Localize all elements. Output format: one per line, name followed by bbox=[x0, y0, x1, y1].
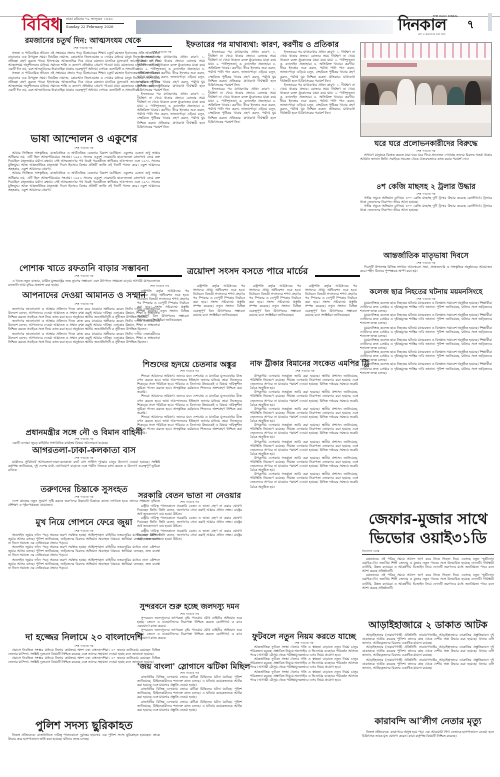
headline-ghore: ঘরে ঘরে প্রলোভনকারীদের বিরুদ্ধে bbox=[360, 140, 492, 148]
headline-trawler: ৪শ কেজি মাছসহ ২ ট্রলার উদ্ধার bbox=[360, 183, 492, 191]
photo-banner bbox=[361, 43, 491, 58]
byline: শেষ পাতার পর bbox=[8, 46, 158, 50]
article-body-iftar-col2: ইফতারের পর মাথাব্যথার প্রধান কারণ: ১. দী… bbox=[208, 50, 276, 175]
article-body-sarkari: রাষ্ট্রীয় দায়িত্ব পালনকালে সরকারি বেতন… bbox=[137, 504, 242, 602]
headline-zefar: জেফার-মুজার সাথে ভিভোর ওয়াই৩১ডি bbox=[360, 510, 496, 548]
article-body-sundarban: সুন্দরবনে জলদস্যুদের তৎপরতা বৃদ্ধি পাওয়… bbox=[137, 616, 242, 661]
headline-college: কলেজ ছাত্র নিহতের ঘটনায় ময়মনসিংহে bbox=[360, 288, 492, 295]
article-body-naf: উপকূলীয় এলাকায় সতর্কতা জারি করা হয়েছে… bbox=[250, 374, 358, 629]
rule-left bbox=[137, 46, 172, 47]
byline: শেষ পাতার পর bbox=[137, 284, 182, 288]
headline-ramadan: রমজানের চতুর্থ দিন: আত্মসংযম থেকে bbox=[8, 37, 158, 45]
header-band bbox=[136, 20, 393, 34]
headline-joybangla: 'জয় বাংলা' স্লোগানে ঝটিকা মিছিল bbox=[137, 662, 242, 670]
section-title: বিবিধ bbox=[22, 16, 60, 34]
byline: শেষ পাতার পর bbox=[137, 50, 187, 54]
byline: শেষ পাতার পর bbox=[250, 369, 360, 373]
rule-left bbox=[137, 275, 182, 277]
article-body-araihazar: আড়াইহাজার (নারায়ণগঞ্জ) প্রতিনিধি: নারা… bbox=[362, 633, 494, 717]
headline-football: ফুটবলে নতুন নিয়ম করতে যাচ্ছে bbox=[250, 632, 358, 640]
headline-araihazar: আড়াইহাজারে ২ ডাকাত আটক bbox=[362, 621, 494, 631]
article-body-sangsad-col2: রাষ্ট্রপতি কর্তৃক আহ্বানের পর সংসদের প্র… bbox=[193, 284, 245, 357]
article-body-matri: দিবসটি উপলক্ষে বিভিন্ন সংগঠন আলোচনা সভা,… bbox=[360, 265, 492, 287]
article-body-karabondi: নিজস্ব প্রতিবেদক: কারাগারে অসুস্থ হয়ে প… bbox=[362, 730, 494, 754]
headline-sarkari: সরকারি বেতন ভাতা না নেওয়ার bbox=[137, 491, 242, 499]
event-photo bbox=[360, 42, 492, 137]
article-body-trawler: গভীর সমুদ্রে অভিযান চালিয়ে ৪০০ কেজি মাছ… bbox=[360, 196, 492, 250]
article-body-iftar-col1: ইফতারের পর মাথাব্যথার প্রধান কারণ: ১. দী… bbox=[137, 55, 205, 175]
headline-matri: আন্তর্জাতিক মাতৃভাষা দিবসে bbox=[360, 252, 492, 260]
byline: শেষ পাতার পর bbox=[137, 369, 242, 373]
article-body-sangsad-col1: রাষ্ট্রপতি কর্তৃক আহ্বানের পর সংসদের প্র… bbox=[137, 289, 189, 357]
headline-shishu: শিশুদের হৃদয়ে চেতনার অঙ্কুর bbox=[137, 360, 242, 368]
divider bbox=[362, 554, 494, 555]
headline-karabondi: কারাবন্দি আ'লীগ নেতার মৃত্যু bbox=[362, 718, 494, 727]
byline: বিনোদন ডেস্ক bbox=[362, 549, 392, 553]
article-body-iftar-col3: ইফতারের পর মাথাব্যথার প্রধান কারণ: ১. দী… bbox=[280, 50, 355, 175]
page-number: ৭ bbox=[467, 16, 474, 35]
article-body-joybangla: রাজধানীর বিভিন্ন এলাকায় ভোরে ঝটিকা মিছি… bbox=[137, 675, 242, 747]
masthead-tagline: দেশ ও জনগণের কথা বলে bbox=[418, 33, 445, 38]
headline-sangsad: ত্রয়োদশ সংসদ বসতে পারে মার্চের bbox=[185, 268, 310, 277]
article-body-sangsad-col3: রাষ্ট্রপতি কর্তৃক আহ্বানের পর সংসদের প্র… bbox=[249, 284, 301, 357]
page-tab bbox=[488, 13, 492, 31]
section-divider bbox=[60, 19, 62, 33]
headline-sundarban: সুন্দরবনে শুরু হচ্ছে জলদস্যু দমন bbox=[137, 603, 242, 611]
masthead-title: দিনকাল bbox=[398, 17, 446, 33]
article-body-shishu: শিশুরা আমাদের ভবিষ্যৎ। তাদের মনে দেশপ্রে… bbox=[137, 374, 242, 489]
article-body-zefar: রমজানের এই পবিত্র সময়ে আনন্দ ভাগ করে নি… bbox=[362, 557, 494, 619]
headline-poshak: পোশাক খাতে রফতানি বাড়ার সম্ভাবনা bbox=[8, 265, 160, 274]
article-body-football: আন্তর্জাতিক ফুটবল সংস্থা খেলার গতি ও স্ব… bbox=[250, 645, 358, 745]
headline-naf: নাফ ট্রীকার বিমানের সংকেত এমপির ট্রি bbox=[250, 360, 360, 368]
headline-iftar: ইফতারের পর মাথাব্যথা: কারণ, করণীয় ও প্র… bbox=[175, 41, 350, 49]
article-body-sangsad-col4: রাষ্ট্রপতি কর্তৃক আহ্বানের পর সংসদের প্র… bbox=[305, 284, 357, 357]
date-english: Sunday 22 February 2026 bbox=[66, 24, 124, 30]
article-body-ghore: সাধারণ মানুষকে বিভ্রান্ত করতে যারা ঘরে ঘ… bbox=[360, 153, 492, 181]
masthead: THE DAILY DINKAL দিনকাল দেশ ও জনগণের কথা… bbox=[398, 14, 460, 36]
rule-right bbox=[315, 275, 360, 277]
article-body-college: ময়মনসিংহে কলেজ ছাত্র নিহতের ঘটনায় মানব… bbox=[360, 301, 492, 506]
dateline: ঢাকা রবিবার ০৯ ফাল্গুন ১৪৩২ Sunday 22 Fe… bbox=[66, 17, 124, 30]
date-bengali: ঢাকা রবিবার ০৯ ফাল্গুন ১৪৩২ bbox=[66, 17, 124, 24]
